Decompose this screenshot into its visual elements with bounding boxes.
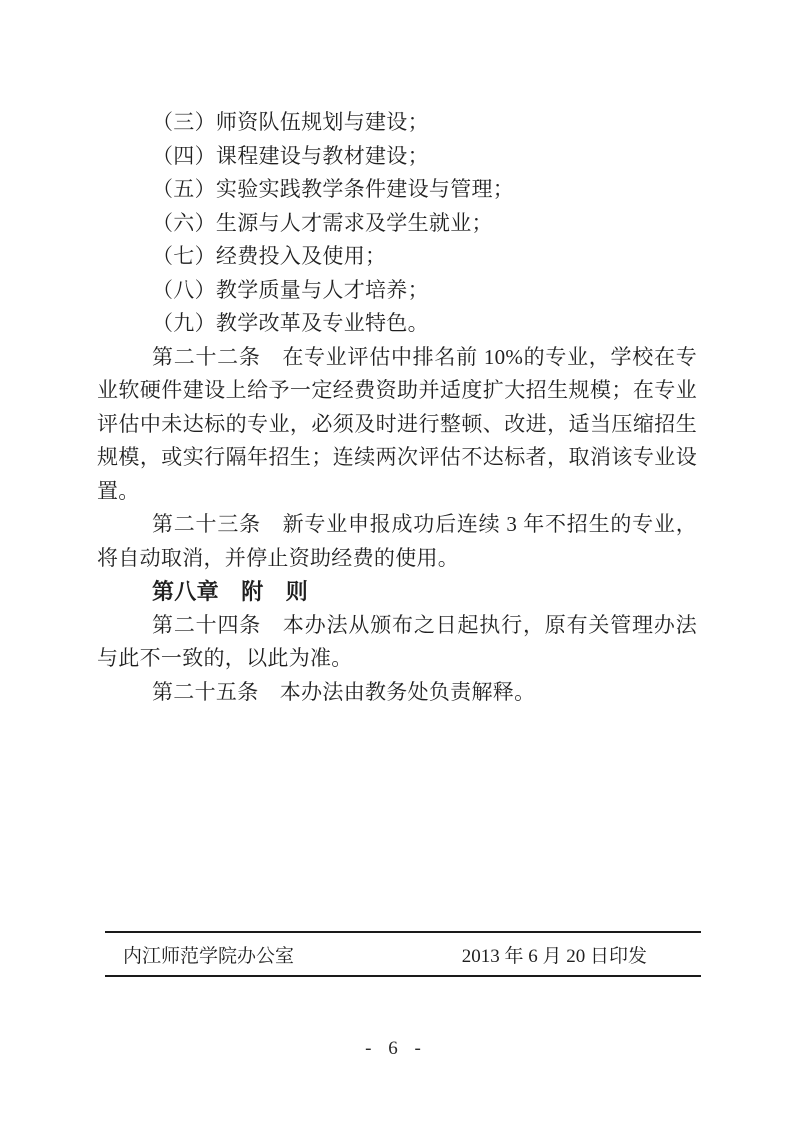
document-page: （三）师资队伍规划与建设； （四）课程建设与教材建设； （五）实验实践教学条件建… (0, 0, 792, 1122)
article-24-paragraph: 第二十四条 本办法从颁布之日起执行，原有关管理办法与此不一致的，以此为准。 (97, 609, 697, 676)
document-body: （三）师资队伍规划与建设； （四）课程建设与教材建设； （五）实验实践教学条件建… (97, 106, 697, 709)
article-23-paragraph: 第二十三条 新专业申报成功后连续 3 年不招生的专业，将自动取消，并停止资助经费… (97, 508, 697, 575)
list-item-8: （八）教学质量与人才培养； (97, 274, 697, 308)
list-item-3: （三）师资队伍规划与建设； (97, 106, 697, 140)
article-22-paragraph: 第二十二条 在专业评估中排名前 10%的专业，学校在专业软硬件建设上给予一定经费… (97, 341, 697, 509)
chapter-8-heading: 第八章 附 则 (97, 575, 697, 609)
list-item-6: （六）生源与人才需求及学生就业； (97, 207, 697, 241)
list-item-4: （四）课程建设与教材建设； (97, 140, 697, 174)
footer-rule-block: 内江师范学院办公室 2013 年 6 月 20 日印发 (105, 931, 701, 977)
footer-print-date: 2013 年 6 月 20 日印发 (462, 941, 647, 968)
list-item-5: （五）实验实践教学条件建设与管理； (97, 173, 697, 207)
article-25-paragraph: 第二十五条 本办法由教务处负责解释。 (97, 676, 697, 710)
list-item-7: （七）经费投入及使用； (97, 240, 697, 274)
list-item-9: （九）教学改革及专业特色。 (97, 307, 697, 341)
page-number: - 6 - (0, 1038, 792, 1060)
footer-issuer: 内江师范学院办公室 (123, 941, 294, 968)
